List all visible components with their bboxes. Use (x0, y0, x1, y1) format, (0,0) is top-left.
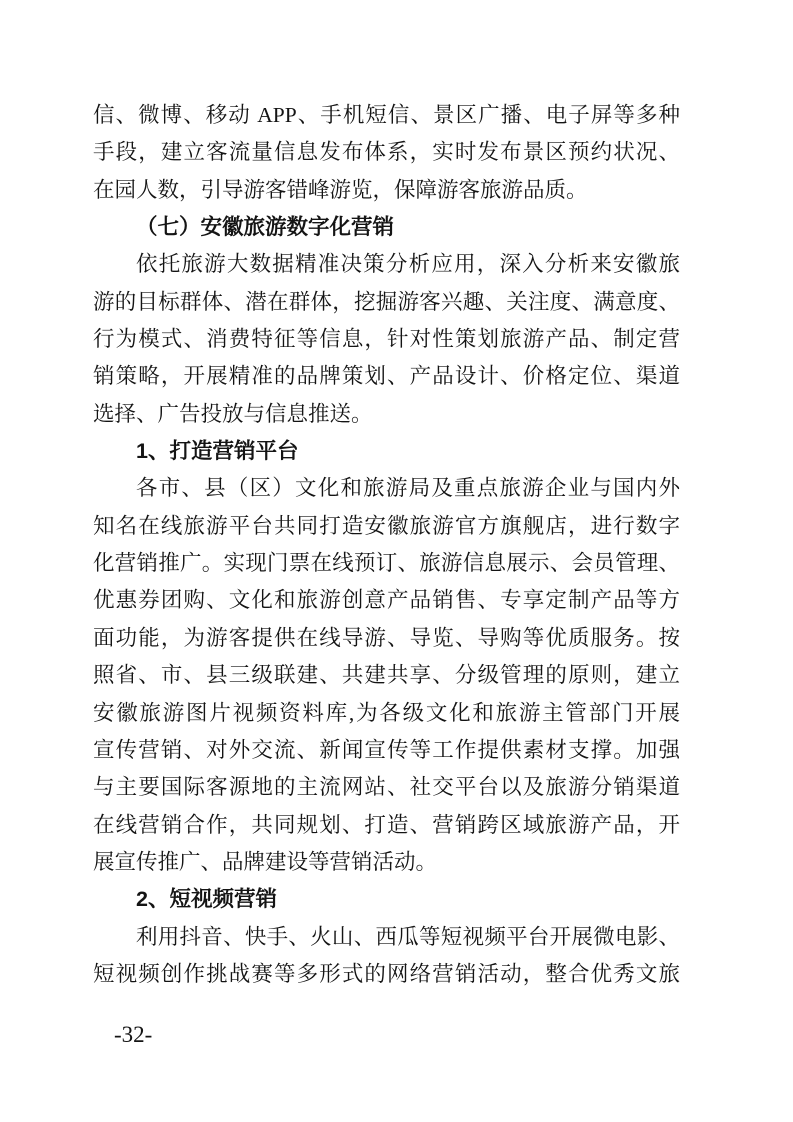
text-line: 利用抖音、快手、火山、西瓜等短视频平台开展微电影、 (93, 919, 680, 956)
text-line: 手段，建立客流量信息发布体系，实时发布景区预约状况、 (93, 134, 680, 171)
text-line: 游的目标群体、潜在群体，挖掘游客兴趣、关注度、满意度、 (93, 284, 680, 321)
heading-line: 1、打造营销平台 (93, 433, 680, 470)
text-line: 在线营销合作，共同规划、打造、营销跨区域旅游产品，开 (93, 807, 680, 844)
text-line: 照省、市、县三级联建、共建共享、分级管理的原则，建立 (93, 657, 680, 694)
document-page: 信、微博、移动 APP、手机短信、景区广播、电子屏等多种手段，建立客流量信息发布… (0, 0, 793, 1122)
text-line: 优惠券团购、文化和旅游创意产品销售、专享定制产品等方 (93, 582, 680, 619)
text-line: 各市、县（区）文化和旅游局及重点旅游企业与国内外 (93, 470, 680, 507)
heading-line: （七）安徽旅游数字化营销 (93, 209, 680, 246)
text-line: 行为模式、消费特征等信息，针对性策划旅游产品、制定营 (93, 321, 680, 358)
text-line: 选择、广告投放与信息推送。 (93, 396, 680, 433)
text-line: 与主要国际客源地的主流网站、社交平台以及旅游分销渠道 (93, 769, 680, 806)
text-line: 展宣传推广、品牌建设等营销活动。 (93, 844, 680, 881)
text-line: 安徽旅游图片视频资料库,为各级文化和旅游主管部门开展 (93, 695, 680, 732)
text-line: 信、微博、移动 APP、手机短信、景区广播、电子屏等多种 (93, 97, 680, 134)
text-line: 面功能，为游客提供在线导游、导览、导购等优质服务。按 (93, 620, 680, 657)
document-body: 信、微博、移动 APP、手机短信、景区广播、电子屏等多种手段，建立客流量信息发布… (93, 97, 680, 993)
heading-line: 2、短视频营销 (93, 881, 680, 918)
text-line: 化营销推广。实现门票在线预订、旅游信息展示、会员管理、 (93, 545, 680, 582)
page-number: -32- (114, 1021, 152, 1048)
text-line: 宣传营销、对外交流、新闻宣传等工作提供素材支撑。加强 (93, 732, 680, 769)
text-line: 在园人数，引导游客错峰游览，保障游客旅游品质。 (93, 172, 680, 209)
text-line: 知名在线旅游平台共同打造安徽旅游官方旗舰店，进行数字 (93, 508, 680, 545)
text-line: 销策略，开展精准的品牌策划、产品设计、价格定位、渠道 (93, 358, 680, 395)
text-line: 依托旅游大数据精准决策分析应用，深入分析来安徽旅 (93, 246, 680, 283)
text-line: 短视频创作挑战赛等多形式的网络营销活动，整合优秀文旅 (93, 956, 680, 993)
